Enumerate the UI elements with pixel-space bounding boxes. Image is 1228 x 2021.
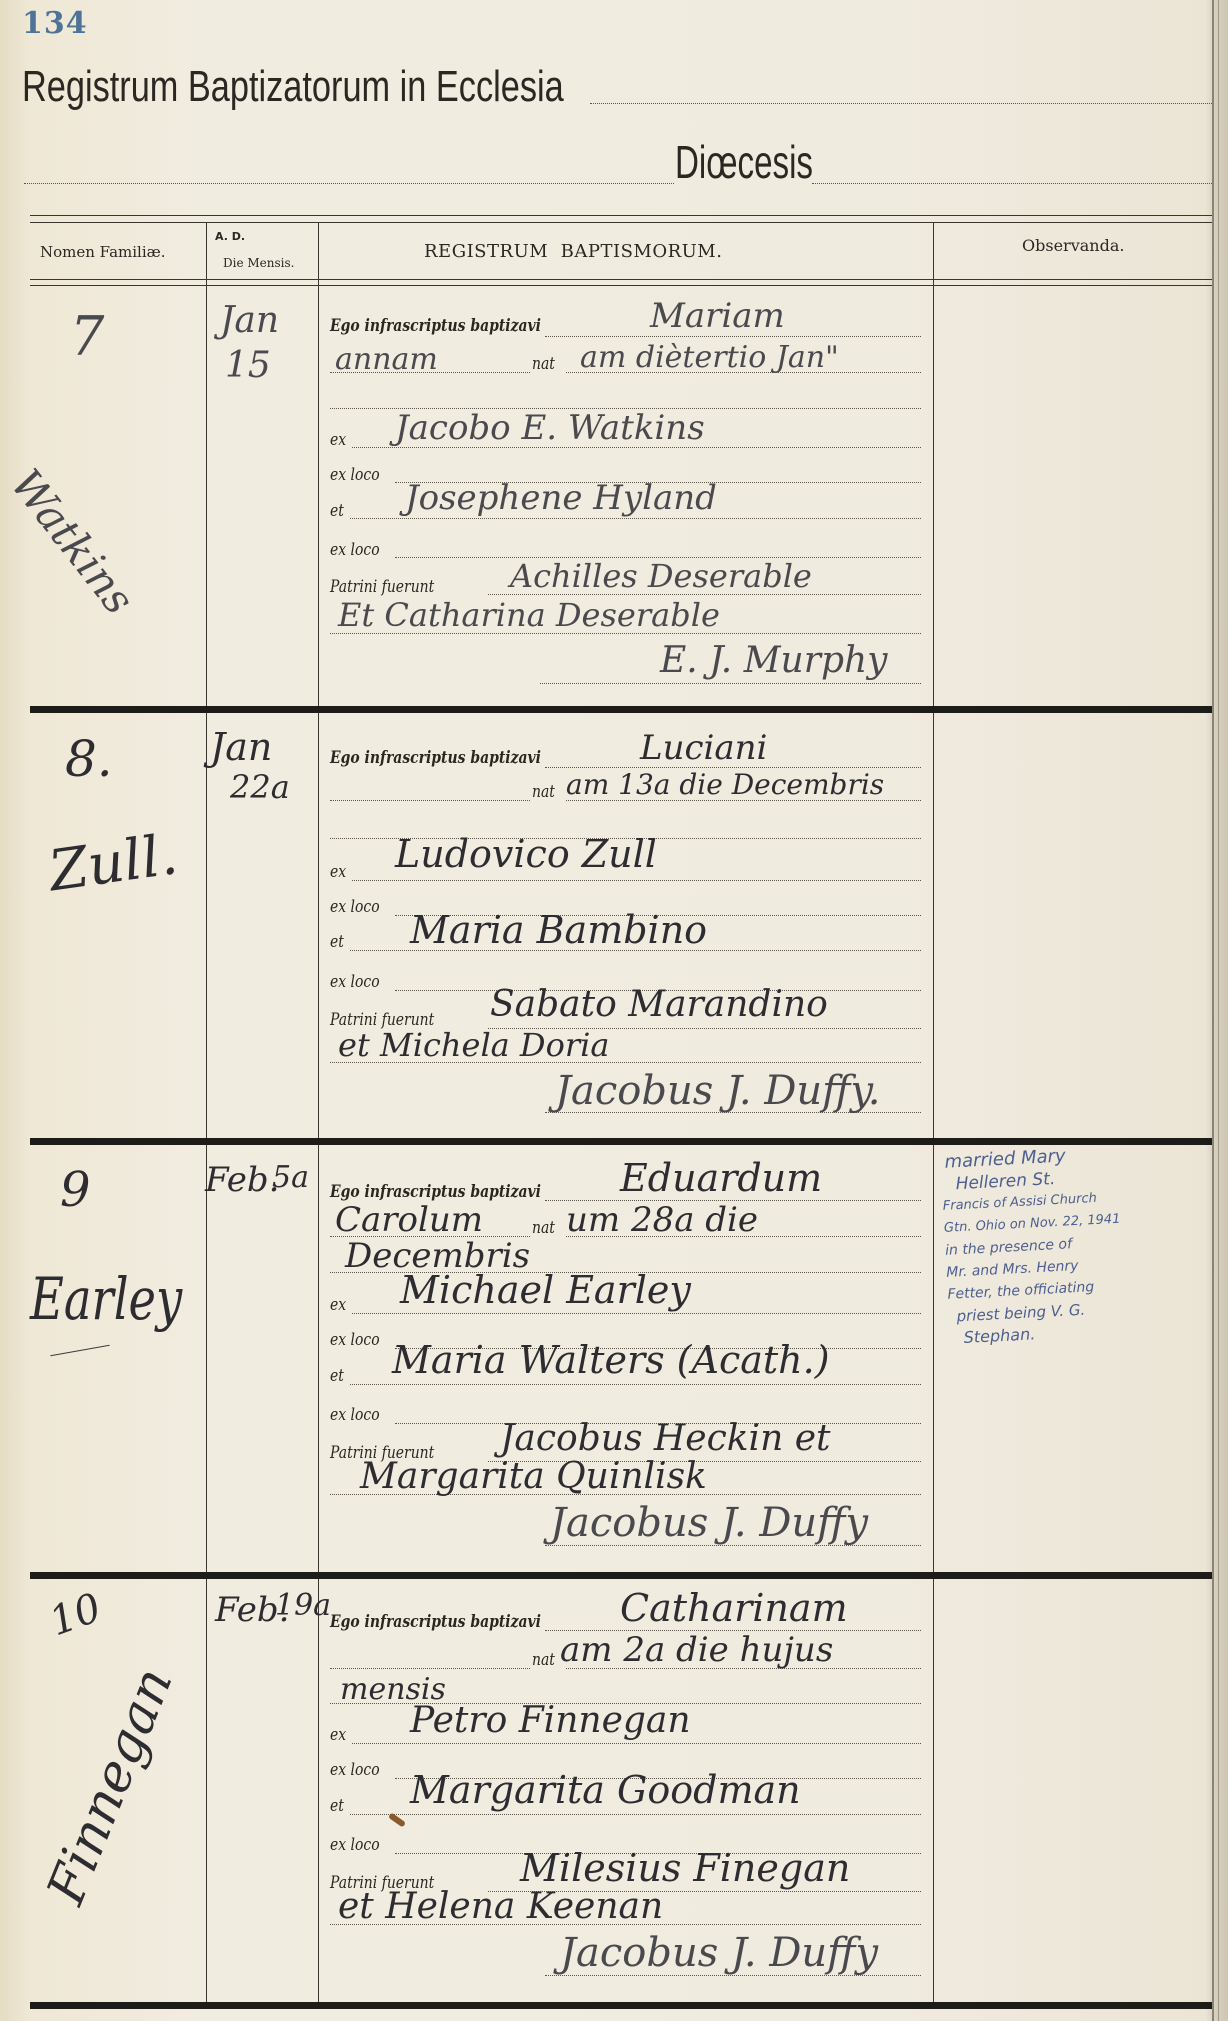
fill-line [350, 1814, 921, 1815]
observanda-note: married Mary Helleren St. Francis of Ass… [940, 1138, 1220, 1350]
baptism-day: 22a [230, 768, 290, 806]
officiant-signature: E. J. Murphy [660, 640, 888, 681]
sponsors-line-2: et Helena Keenan [338, 1886, 663, 1927]
mother-name: Maria Bambino [410, 908, 707, 952]
birth-date: am 2a die hujus [560, 1630, 833, 1670]
family-name: Zull. [45, 822, 181, 904]
sponsors-line-2: et Michela Doria [338, 1026, 609, 1064]
label-born: nat [532, 1218, 555, 1238]
label-from-place: ex loco [330, 1330, 380, 1350]
child-name-cont: annam [335, 342, 438, 377]
label-from-place: ex loco [330, 972, 380, 992]
baptism-day: 15 [225, 345, 271, 386]
diocese-fill-line [812, 183, 1212, 184]
column-header-family: Nomen Familiæ. [40, 243, 166, 261]
label-from-place: ex loco [330, 1835, 380, 1855]
sponsors-line-1: Achilles Deserable [510, 557, 812, 595]
label-from: ex [330, 1295, 346, 1315]
family-name: Finnegan [36, 1660, 185, 1913]
label-baptized: Ego infrascriptus baptizavi [330, 1612, 541, 1632]
birth-date: um 28a die [566, 1200, 758, 1240]
register-title: Registrum Baptizatorum in Ecclesia [22, 62, 564, 112]
sponsors-line-1: Milesius Finegan [520, 1846, 850, 1890]
mother-name: Josephene Hyland [405, 478, 717, 518]
entry-number: 8. [65, 730, 113, 788]
fill-line [545, 336, 921, 337]
fill-line [352, 1743, 921, 1744]
label-from: ex [330, 862, 346, 882]
column-divider-2 [318, 222, 319, 2004]
header-bottom-rule-2 [30, 285, 1212, 286]
family-name-underline [50, 1345, 109, 1356]
label-born: nat [532, 354, 555, 374]
fill-line [352, 880, 921, 881]
fill-line [330, 800, 530, 801]
label-and: et [330, 932, 344, 952]
label-from-place: ex loco [330, 1405, 380, 1425]
baptism-month: Feb. [205, 1160, 279, 1200]
officiant-signature: Jacobus J. Duffy. [555, 1068, 881, 1114]
page-right-border [1212, 0, 1214, 2021]
mother-name: Margarita Goodman [410, 1768, 801, 1812]
label-baptized: Ego infrascriptus baptizavi [330, 1182, 541, 1202]
father-name: Michael Earley [400, 1268, 691, 1312]
header-top-rule-2 [30, 222, 1212, 223]
entry-separator [30, 1572, 1212, 1579]
second-fill-line [24, 183, 674, 184]
column-header-ad: A. D. [215, 230, 245, 243]
page-binding-edge [1218, 0, 1219, 2021]
child-name: Mariam [650, 296, 785, 336]
baptism-month: Jan [220, 300, 279, 341]
label-born: nat [532, 1650, 555, 1670]
label-born: nat [532, 782, 555, 802]
father-name: Jacobo E. Watkins [395, 408, 705, 448]
label-and: et [330, 501, 344, 521]
label-from-place: ex loco [330, 897, 380, 917]
column-header-date: Die Mensis. [223, 256, 294, 270]
label-from: ex [330, 1725, 346, 1745]
page-number: 134 [22, 6, 88, 41]
birth-date: am 13a die Decembris [566, 768, 884, 801]
family-name: Watkins [1, 460, 144, 623]
label-from-place: ex loco [330, 1760, 380, 1780]
label-from-place: ex loco [330, 540, 380, 560]
column-header-notes: Observanda. [1022, 236, 1124, 255]
officiant-signature: Jacobus J. Duffy [550, 1500, 868, 1546]
diocese-label: Diœcesis [675, 135, 813, 189]
officiant-signature: Jacobus J. Duffy [560, 1930, 878, 1976]
child-name-cont: Carolum [335, 1200, 483, 1240]
fill-line [330, 1668, 530, 1669]
family-name: Earley [30, 1265, 182, 1333]
child-name: Eduardum [620, 1156, 822, 1200]
fill-line [352, 1313, 921, 1314]
church-name-line [590, 103, 1212, 104]
father-name: Petro Finnegan [410, 1700, 691, 1741]
fill-line [350, 518, 921, 519]
sponsors-line-1: Sabato Marandino [490, 984, 828, 1025]
child-name: Luciani [640, 728, 767, 768]
sponsors-line-1: Jacobus Heckin et [500, 1418, 830, 1459]
column-divider-1 [206, 222, 207, 2004]
header-top-rule [30, 215, 1212, 216]
header-bottom-rule [30, 279, 1212, 280]
baptism-day: 5a [272, 1160, 309, 1195]
child-name: Catharinam [620, 1586, 848, 1630]
column-header-registry: REGISTRUM BAPTISMORUM. [424, 241, 722, 262]
entry-number: 7 [70, 305, 104, 368]
label-baptized: Ego infrascriptus baptizavi [330, 748, 541, 768]
entry-separator [30, 1138, 1212, 1145]
mother-name: Maria Walters (Acath.) [392, 1338, 830, 1382]
column-divider-3 [933, 222, 934, 2004]
baptism-month: Jan [210, 725, 272, 769]
sponsors-line-2: Margarita Quinlisk [360, 1456, 707, 1497]
entry-separator [30, 2002, 1212, 2009]
label-from: ex [330, 430, 346, 450]
label-from-place: ex loco [330, 465, 380, 485]
fill-line [350, 1384, 921, 1385]
label-baptized: Ego infrascriptus baptizavi [330, 316, 541, 336]
signature-line [540, 683, 921, 684]
sponsors-line-2: Et Catharina Deserable [338, 596, 720, 634]
birth-date: am diètertio Jan" [580, 340, 839, 375]
entry-separator [30, 706, 1212, 713]
label-and: et [330, 1796, 344, 1816]
label-sponsors: Patrini fuerunt [330, 577, 434, 597]
baptism-day: 19a [275, 1588, 331, 1623]
label-and: et [330, 1366, 344, 1386]
entry-number: 9 [60, 1162, 91, 1218]
father-name: Ludovico Zull [395, 832, 657, 876]
entry-number: 10 [44, 1585, 108, 1646]
